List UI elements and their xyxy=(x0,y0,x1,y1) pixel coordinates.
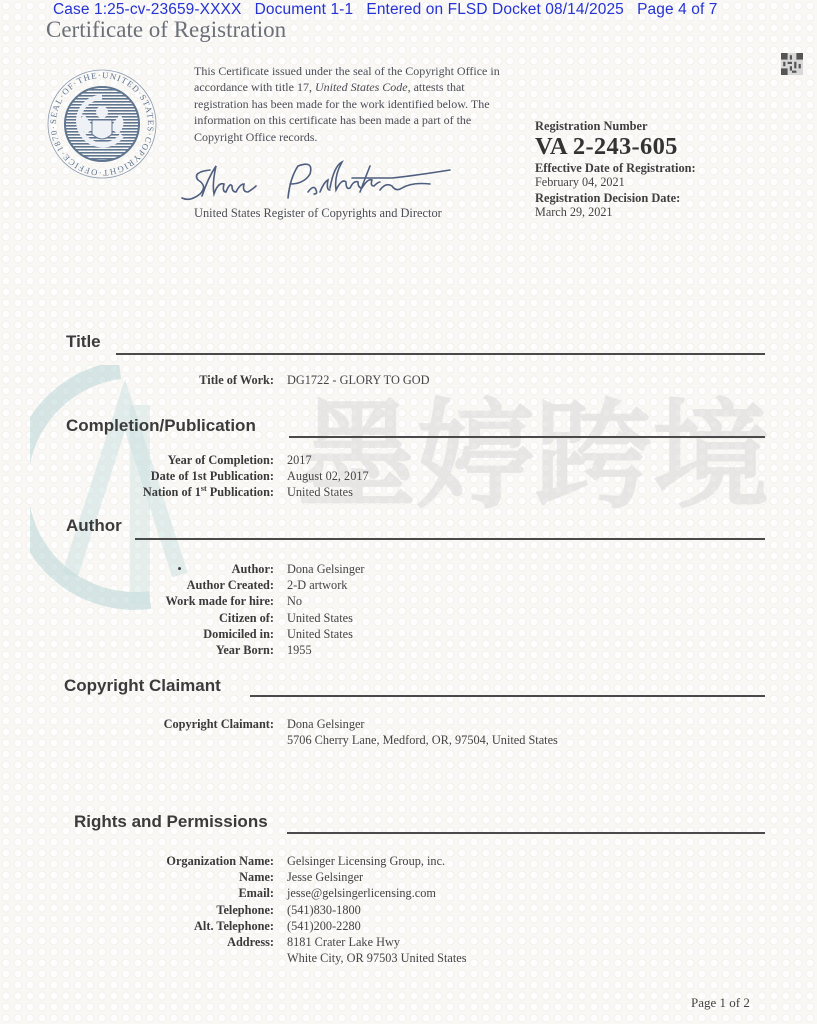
effective-date: February 04, 2021 xyxy=(535,175,696,189)
section-author-heading: Author xyxy=(66,516,122,536)
field-label: Email: xyxy=(0,885,287,901)
field-row: White City, OR 97503 United States xyxy=(0,950,467,966)
field-label: Domiciled in: xyxy=(0,626,287,642)
field-value: 2017 xyxy=(287,452,312,468)
field-value: No xyxy=(287,593,302,609)
field-label: Alt. Telephone: xyxy=(0,918,287,934)
field-value: Jesse Gelsinger xyxy=(287,869,363,885)
field-row: Nation of 1st Publication: United States xyxy=(0,484,369,500)
signer-title: United States Register of Copyrights and… xyxy=(194,206,442,221)
intro-italic-text: United States Code xyxy=(315,80,408,94)
field-value: Dona Gelsinger xyxy=(287,716,365,732)
page-number: Page 1 of 2 xyxy=(691,995,750,1011)
field-row: Author Created: 2-D artwork xyxy=(0,577,365,593)
field-value: 2-D artwork xyxy=(287,577,347,593)
qr-code-icon xyxy=(781,53,803,75)
email-value: jesse@gelsingerlicensing.com xyxy=(287,885,436,901)
field-row: Title of Work: DG1722 - GLORY TO GOD xyxy=(0,372,430,388)
section-completion-rule xyxy=(289,436,765,438)
section-completion-heading: Completion/Publication xyxy=(66,416,256,436)
field-row: Work made for hire: No xyxy=(0,593,365,609)
field-label: Address: xyxy=(0,934,287,950)
section-claimant-heading: Copyright Claimant xyxy=(64,676,221,696)
field-row: Address: 8181 Crater Lake Hwy xyxy=(0,934,467,950)
signature-icon xyxy=(180,158,470,208)
field-row: •Author: Dona Gelsinger xyxy=(0,561,365,577)
field-label: Title of Work: xyxy=(0,372,287,388)
section-rights-heading: Rights and Permissions xyxy=(74,812,268,832)
field-value: United States xyxy=(287,626,353,642)
field-label: Year Born: xyxy=(0,642,287,658)
field-row: Alt. Telephone: (541)200-2280 xyxy=(0,918,467,934)
field-row: Email: jesse@gelsingerlicensing.com xyxy=(0,885,467,901)
field-label: Name: xyxy=(0,869,287,885)
section-title-rule xyxy=(116,353,765,355)
field-label: Telephone: xyxy=(0,902,287,918)
completion-fields: Year of Completion: 2017 Date of 1st Pub… xyxy=(0,452,369,501)
section-rights-rule xyxy=(287,832,765,834)
label-text: Author: xyxy=(232,562,274,576)
field-value: August 02, 2017 xyxy=(287,468,369,484)
field-label xyxy=(0,732,287,748)
field-label xyxy=(0,950,287,966)
field-row: Organization Name: Gelsinger Licensing G… xyxy=(0,853,467,869)
field-label: Organization Name: xyxy=(0,853,287,869)
rights-fields: Organization Name: Gelsinger Licensing G… xyxy=(0,853,467,966)
field-row: Year Born: 1955 xyxy=(0,642,365,658)
field-value: DG1722 - GLORY TO GOD xyxy=(287,372,430,388)
field-label: Citizen of: xyxy=(0,610,287,626)
copyright-office-seal-icon: SEAL·OF·THE·UNITED·STATES·COPYRIGHT·OFFI… xyxy=(46,62,158,186)
decision-date: March 29, 2021 xyxy=(535,205,696,219)
field-row: Name: Jesse Gelsinger xyxy=(0,869,467,885)
field-row: Domiciled in: United States xyxy=(0,626,365,642)
field-value: 8181 Crater Lake Hwy xyxy=(287,934,400,950)
bullet: • xyxy=(177,562,181,576)
claimant-fields: Copyright Claimant: Dona Gelsinger 5706 … xyxy=(0,716,558,748)
field-value: White City, OR 97503 United States xyxy=(287,950,467,966)
field-row: Telephone: (541)830-1800 xyxy=(0,902,467,918)
watermark-text: 墨婷跨境 xyxy=(298,387,770,525)
field-row: 5706 Cherry Lane, Medford, OR, 97504, Un… xyxy=(0,732,558,748)
certificate-intro: This Certificate issued under the seal o… xyxy=(194,63,514,145)
field-value: Gelsinger Licensing Group, inc. xyxy=(287,853,445,869)
section-title-heading: Title xyxy=(66,332,101,352)
registration-info: Registration Number VA 2-243-605 Effecti… xyxy=(535,119,696,221)
field-value: (541)200-2280 xyxy=(287,918,361,934)
field-value: (541)830-1800 xyxy=(287,902,361,918)
decision-date-label: Registration Decision Date: xyxy=(535,191,696,205)
field-label: Work made for hire: xyxy=(0,593,287,609)
field-label: Nation of 1st Publication: xyxy=(0,484,287,500)
field-label: •Author: xyxy=(0,561,287,577)
registration-number-label: Registration Number xyxy=(535,119,696,133)
field-label: Author Created: xyxy=(0,577,287,593)
field-row: Copyright Claimant: Dona Gelsinger xyxy=(0,716,558,732)
section-claimant-rule xyxy=(250,695,765,697)
field-value: Dona Gelsinger xyxy=(287,561,365,577)
field-label: Year of Completion: xyxy=(0,452,287,468)
field-value: United States xyxy=(287,484,353,500)
title-fields: Title of Work: DG1722 - GLORY TO GOD xyxy=(0,372,430,388)
field-label: Date of 1st Publication: xyxy=(0,468,287,484)
label-prefix: Nation of 1 xyxy=(143,485,201,499)
effective-date-label: Effective Date of Registration: xyxy=(535,161,696,175)
section-author-rule xyxy=(135,538,765,540)
label-suffix: Publication: xyxy=(207,485,274,499)
field-row: Citizen of: United States xyxy=(0,610,365,626)
certificate-title: Certificate of Registration xyxy=(46,17,286,43)
field-value: 5706 Cherry Lane, Medford, OR, 97504, Un… xyxy=(287,732,558,748)
field-value: United States xyxy=(287,610,353,626)
author-fields: •Author: Dona Gelsinger Author Created: … xyxy=(0,561,365,658)
registration-number: VA 2-243-605 xyxy=(535,133,696,161)
field-label: Copyright Claimant: xyxy=(0,716,287,732)
field-value: 1955 xyxy=(287,642,312,658)
field-row: Date of 1st Publication: August 02, 2017 xyxy=(0,468,369,484)
field-row: Year of Completion: 2017 xyxy=(0,452,369,468)
